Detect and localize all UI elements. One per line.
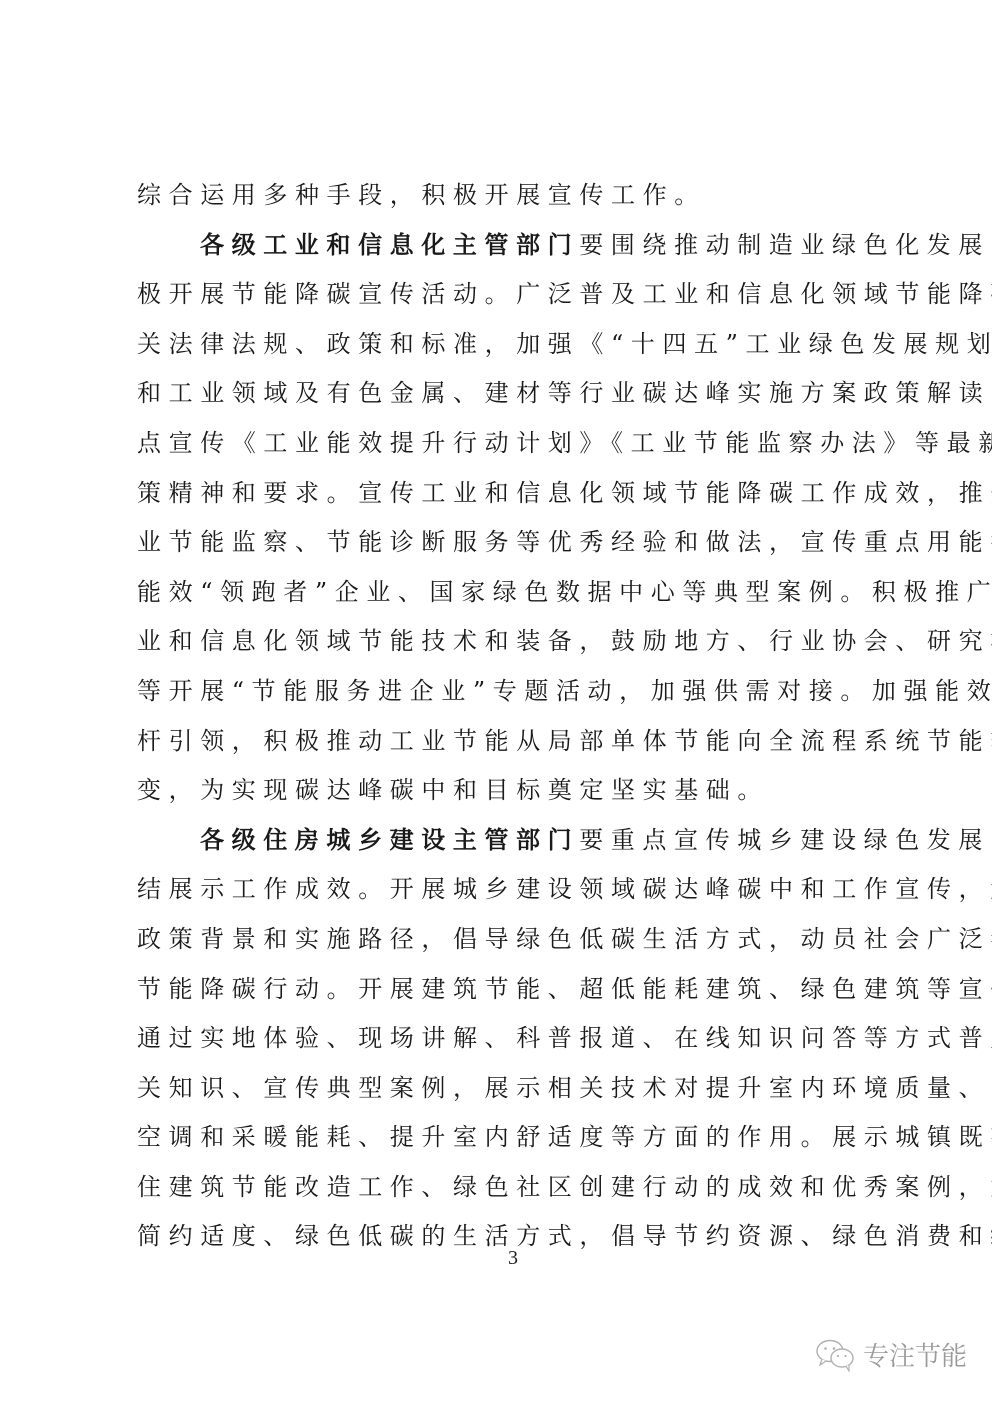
- paragraph-first-line: 各级工业和信息化主管部门要围绕推动制造业绿色化发展，积: [137, 227, 857, 277]
- body-text: 综合运用多种手段，积极开展宣传工作。 各级工业和信息化主管部门要围绕推动制造业绿…: [137, 177, 857, 1268]
- text-line: 杆引领，积极推动工业节能从局部单体节能向全流程系统节能转: [137, 723, 857, 773]
- text-line: 结展示工作成效。开展城乡建设领域碳达峰碳中和工作宣传，解读: [137, 871, 857, 921]
- text-line: 综合运用多种手段，积极开展宣传工作。: [137, 177, 857, 227]
- watermark: 专注节能: [815, 1336, 967, 1373]
- text-line: 节能降碳行动。开展建筑节能、超低能耗建筑、绿色建筑等宣传，: [137, 971, 857, 1021]
- text-line: 极开展节能降碳宣传活动。广泛普及工业和信息化领域节能降碳相: [137, 276, 857, 326]
- paragraph-lead: 各级住房城乡建设主管部门: [200, 825, 579, 854]
- document-page: 综合运用多种手段，积极开展宣传工作。 各级工业和信息化主管部门要围绕推动制造业绿…: [0, 0, 992, 1403]
- text-line: 变，为实现碳达峰碳中和目标奠定坚实基础。: [137, 772, 857, 822]
- text-line: 策精神和要求。宣传工业和信息化领域节能降碳工作成效，推介工: [137, 475, 857, 525]
- text-line: 简约适度、绿色低碳的生活方式，倡导节约资源、绿色消费和绿色: [137, 1218, 857, 1268]
- text-line: 关知识、宣传典型案例，展示相关技术对提升室内环境质量、降低: [137, 1070, 857, 1120]
- text-line: 住建筑节能改造工作、绿色社区创建行动的成效和优秀案例，宣传: [137, 1169, 857, 1219]
- text-line: 业节能监察、节能诊断服务等优秀经验和做法，宣传重点用能行业: [137, 524, 857, 574]
- text-line: 能效“领跑者”企业、国家绿色数据中心等典型案例。积极推广工: [137, 574, 857, 624]
- text-line: 关法律法规、政策和标准，加强《“十四五”工业绿色发展规划》: [137, 326, 857, 376]
- paragraph-first-line: 各级住房城乡建设主管部门要重点宣传城乡建设绿色发展，总: [137, 822, 857, 872]
- text-line: 空调和采暖能耗、提升室内舒适度等方面的作用。展示城镇既有居: [137, 1119, 857, 1169]
- text-line: 点宣传《工业能效提升行动计划》《工业节能监察办法》等最新政: [137, 425, 857, 475]
- text-line: 政策背景和实施路径，倡导绿色低碳生活方式，动员社会广泛参与: [137, 921, 857, 971]
- text-line: 通过实地体验、现场讲解、科普报道、在线知识问答等方式普及有: [137, 1020, 857, 1070]
- wechat-icon: [815, 1338, 857, 1372]
- page-number: 3: [508, 1247, 518, 1270]
- paragraph-lead-rest: 要重点宣传城乡建设绿色发展，总: [579, 826, 992, 854]
- text-line: 等开展“节能服务进企业”专题活动，加强供需对接。加强能效标: [137, 673, 857, 723]
- text-line: 和工业领域及有色金属、建材等行业碳达峰实施方案政策解读，重: [137, 375, 857, 425]
- watermark-text: 专注节能: [863, 1336, 967, 1373]
- paragraph-lead: 各级工业和信息化主管部门: [200, 230, 579, 259]
- paragraph-lead-rest: 要围绕推动制造业绿色化发展，积: [579, 231, 992, 259]
- text-line: 业和信息化领域节能技术和装备，鼓励地方、行业协会、研究机构: [137, 623, 857, 673]
